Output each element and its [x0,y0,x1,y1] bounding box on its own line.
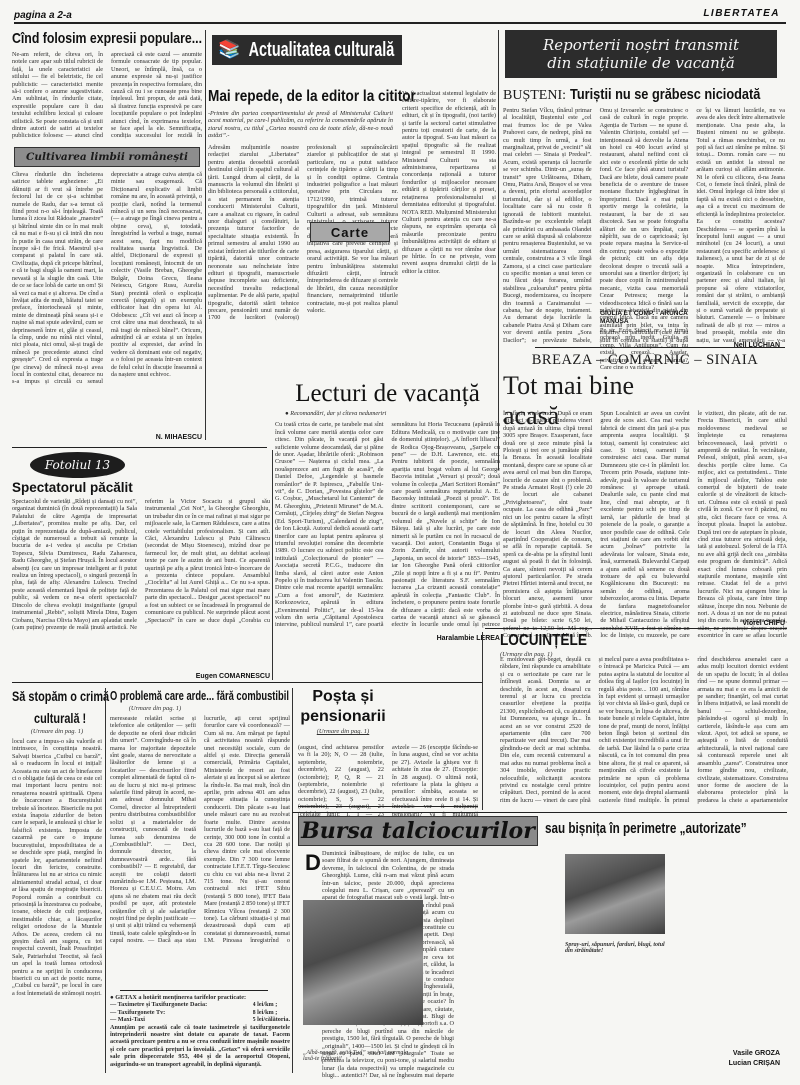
locuintele-body: E moldovean get-beget, deșulă cu răbdare… [500,656,788,806]
section-rule [298,806,478,807]
article-lecturi: Lecturi de vacanță ● Recomandări, dar și… [275,380,500,640]
article-crima: Să stopăm o crimă culturală ! (Urmare di… [12,688,102,1078]
section-rule [120,990,268,991]
column-divider [272,450,273,680]
article-expresii: Cînd folosim expresii populare... Ne-am … [12,28,202,440]
section-rule [535,347,785,348]
article-body: mereseaste relatări scrise și telefonice… [110,715,290,945]
article-body-continued: Cîteva rîndurile din încheierea satirice… [12,171,202,431]
article-author: Eugen COMARNESCU [160,673,270,680]
banner-line-2: din stațiunile de vacanță [547,54,735,72]
article-body: Cu toată criza de carte, pe tarabele mai… [275,421,500,631]
book-icon: 📚 [218,39,240,60]
article-body: Ne-am referit, de cîteva ori, în notele … [12,51,202,143]
getax-line: ● GETAX a hotărît menținerea tarifelor p… [110,994,290,1001]
article-title: Turiștii nu se grăbesc niciodată [570,86,760,103]
article-kicker: BREAZA – COMARNIC – SINAIA [503,352,787,369]
section-rule [292,812,787,813]
getax-line: — Taxifurgonete Tv: [110,1009,207,1016]
article-author-1: Vasile GROZA [700,1050,780,1057]
fotoliul-badge: Fotoliul 13 [30,452,125,478]
section-rule [12,682,482,683]
article-author: Haralambie LEREA [275,635,500,642]
continued-note: (Urmare din pag. 1) [298,728,388,735]
article-title: LOCUINȚELE [500,632,747,650]
article-fotoliul: Spectatorul păcălit Spectacolul de varie… [12,480,270,645]
photo-1-caption: „Albă-neagră, așită T-ul” sau hai, norma… [303,1050,423,1062]
getax-rate: 5 lei/călătoria. [253,1016,290,1023]
giulia-heading: GIULIA ET COMP. - ARUNCĂ MĂNUȘA [600,310,688,325]
article-author: Viorel CHIFU [690,620,785,627]
column-divider [498,30,499,470]
article-title: Lecturi de vacanță [275,380,500,408]
page-label: pagina a 2-a [14,10,72,21]
masthead: pagina a 2-a LIBERTATEA [0,0,800,24]
column-divider [482,632,483,810]
masthead-rule [14,22,786,24]
article-body: Adresăm mulțumirile noastre redacției zi… [208,144,398,394]
market-photo-2 [565,854,665,934]
bursa-subtitle: sau bișnița în perimetre „autorizate” [545,820,747,837]
title-line-2: pensionarii [298,708,388,726]
getax-line: — Taximetre și Taxifurgonete Dacia: [110,1001,207,1008]
cultura-banner: 📚 Actualitatea culturală [212,35,402,65]
title-line-2: culturală ! [34,710,87,726]
carte-label: Carte [331,225,369,240]
breaza-body: În sfîrșit, week-end... După ce eram cît… [503,410,787,645]
subhead-text: Cultivarea limbii românești [26,151,188,163]
continued-note: (Urmare din pag. 1) [110,705,200,712]
title-line-1: Poșta și [298,688,388,706]
article-busteni: BUȘTENI: Turiștii nu se grăbesc niciodat… [503,86,785,346]
article-cultura-right-col: Va fi actualizat sistemul legislativ de … [402,90,496,372]
article-author-2: Lucian CRIȘAN [700,1060,780,1067]
bursa-body-col2 [440,850,560,1080]
carte-box: Carte [310,222,390,242]
column-divider [205,30,206,440]
newspaper-name: LIBERTATEA [703,8,780,19]
article-kicker: ● Recomandări, dar și cîteva nedumeriri [285,410,500,417]
getax-rate: 8 lei/km ; [253,1009,290,1016]
subhead-banner: Cultivarea limbii românești [14,147,200,167]
article-body: locul care a impus-o său valorile ei int… [12,738,102,1058]
banner-text: Actualitatea culturală [248,39,394,62]
dropcap-letter: D [305,850,321,876]
section-rule [485,628,787,629]
section-rule [12,447,267,448]
getax-rate: 4 lei/km ; [253,1001,290,1008]
getax-body: Anunțăm pe această cale că toate taximet… [110,1024,290,1070]
continued-note: (Urmare din pag. 1) [12,728,102,735]
bursa-banner: Bursa talciocurilor [298,816,538,846]
banner-text: Bursa talciocurilor [301,818,535,844]
column-divider [105,688,106,1073]
title-line-1: Să stopăm o crimă [12,688,82,704]
banner-line-1: Reporterii noștri transmit [543,36,739,54]
article-title: Cînd folosim expresii populare... [12,30,168,47]
photo-2-caption: Spray-uri, săpunuri, farduri, blugi, tot… [565,942,665,954]
article-combustibil: O problemă care arde... fără combustibil… [110,688,290,948]
breaza-body-top-right [695,378,787,410]
getax-line: — Maxi-Taxi [110,1016,207,1023]
article-author: N. MIHAESCU [12,434,202,441]
article-body: Spectacolul de varietăți „Rîdeți și dans… [12,498,270,638]
article-title: O problemă care arde... fără combustibil [110,688,240,703]
getax-notice: ● GETAX a hotărît menținerea tarifelor p… [110,994,290,1079]
market-photo-1 [303,900,423,1025]
badge-text: Fotoliul 13 [45,458,110,472]
column-divider [292,688,293,1073]
article-title: Spectatorul păcălit [12,480,270,495]
statiuni-banner: Reporterii noștri transmit din stațiunil… [505,30,777,78]
place-name: BUȘTENI: [503,88,566,103]
article-lead: -Primim din partea compartimentului de p… [208,110,393,140]
